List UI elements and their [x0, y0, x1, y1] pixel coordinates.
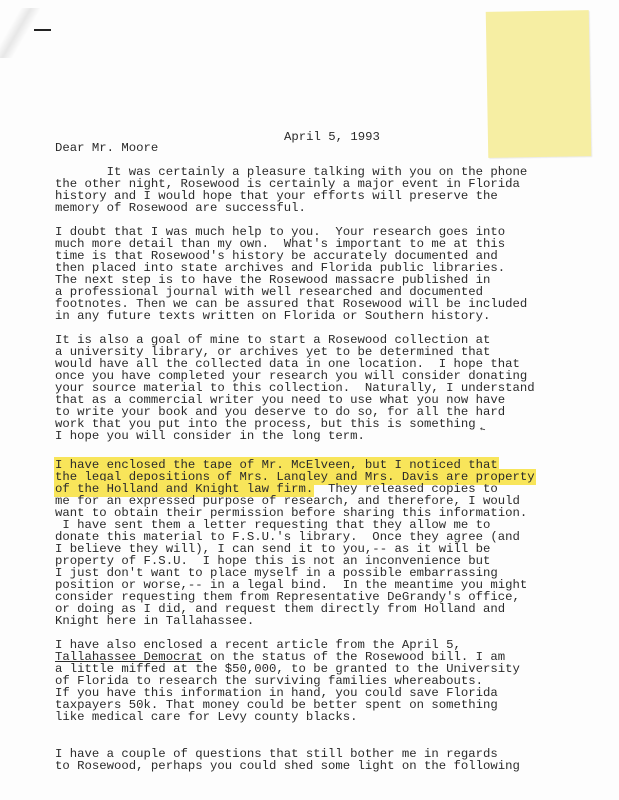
paper-smudge: [0, 8, 40, 58]
sticky-note: [486, 10, 592, 158]
letter-page: April 5, 1993 Dear Mr. Moore It was cert…: [0, 0, 619, 800]
salutation: Dear Mr. Moore: [55, 142, 158, 154]
letter-date: April 5, 1993: [284, 130, 380, 144]
handwritten-caret-mark: ↖: [478, 423, 488, 434]
pen-mark: [34, 29, 51, 31]
